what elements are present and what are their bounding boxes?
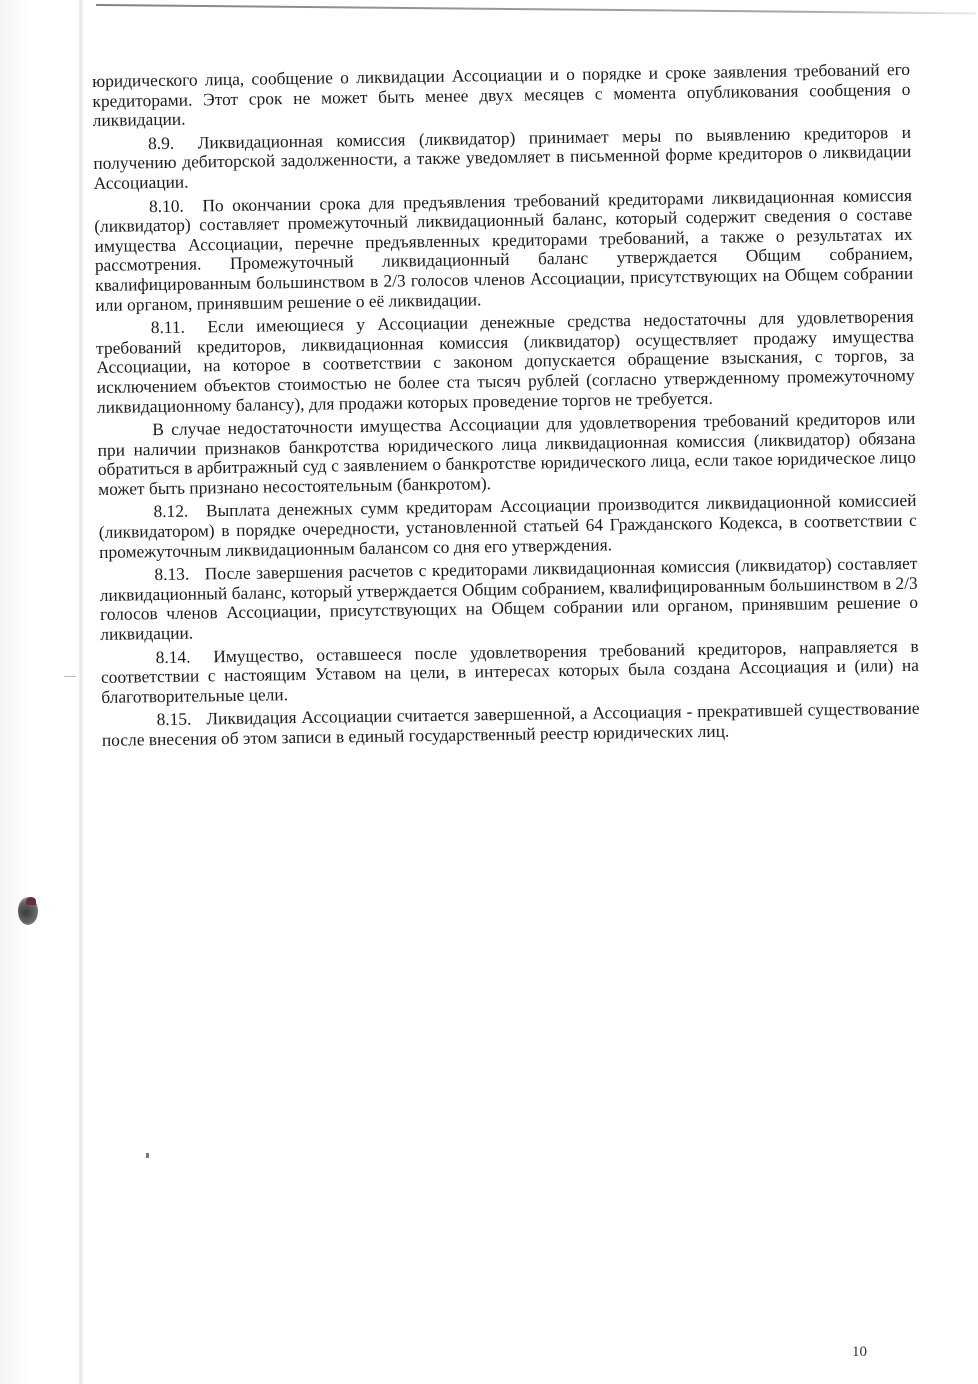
clause-number: 8.9. <box>148 133 174 153</box>
scan-shadow-left <box>0 0 30 1384</box>
paragraph-text: Выплата денежных сумм кредиторам Ассоциа… <box>99 490 917 561</box>
clause-number: 8.13. <box>154 564 189 585</box>
paragraph-text: Если имеющиеся у Ассоциации денежные сре… <box>96 306 915 416</box>
paragraph-continuation: юридического лица, сообщение о ликвидаци… <box>92 60 911 131</box>
clause-number: 8.15. <box>156 709 191 730</box>
paragraph-8-11-bankruptcy: В случае недостаточности имущества Ассоц… <box>97 409 916 500</box>
scan-top-edge-line <box>96 4 976 14</box>
paragraph-text: Ликвидация Ассоциации считается завершен… <box>102 698 920 750</box>
paragraph-8-10: 8.10. По окончании срока для предъявлени… <box>94 185 914 315</box>
paragraph-text: юридического лица, сообщение о ликвидаци… <box>92 59 910 130</box>
paragraph-8-11: 8.11. Если имеющиеся у Ассоциации денежн… <box>96 307 915 417</box>
paragraph-text: По окончании срока для предъявления треб… <box>94 184 913 314</box>
page-number: 10 <box>852 1344 867 1361</box>
paragraph-text: После завершения расчетов с кредиторами … <box>100 553 918 644</box>
paragraph-8-14: 8.14. Имущество, оставшееся после удовле… <box>101 636 920 707</box>
paragraph-text: Имущество, оставшееся после удовлетворен… <box>101 635 919 706</box>
scan-margin-mark <box>64 676 76 677</box>
scan-speck <box>146 1153 149 1158</box>
scan-page-edge <box>78 0 84 1384</box>
paragraph-8-15: 8.15. Ликвидация Ассоциации считается за… <box>101 699 919 750</box>
clause-number: 8.12. <box>153 501 188 522</box>
binder-hole-mark <box>18 897 38 925</box>
paragraph-8-9: 8.9. Ликвидационная комиссия (ликвидатор… <box>93 123 912 194</box>
clause-number: 8.10. <box>149 195 184 216</box>
paragraph-8-12: 8.12. Выплата денежных сумм кредиторам А… <box>98 491 917 562</box>
clause-number: 8.11. <box>151 317 185 338</box>
paragraph-8-13: 8.13. После завершения расчетов с кредит… <box>99 554 918 645</box>
clause-number: 8.14. <box>156 646 191 667</box>
paragraph-text: В случае недостаточности имущества Ассоц… <box>97 408 915 499</box>
document-body: юридического лица, сообщение о ликвидаци… <box>92 60 920 755</box>
paragraph-text: Ликвидационная комиссия (ликвидатор) при… <box>93 122 911 193</box>
